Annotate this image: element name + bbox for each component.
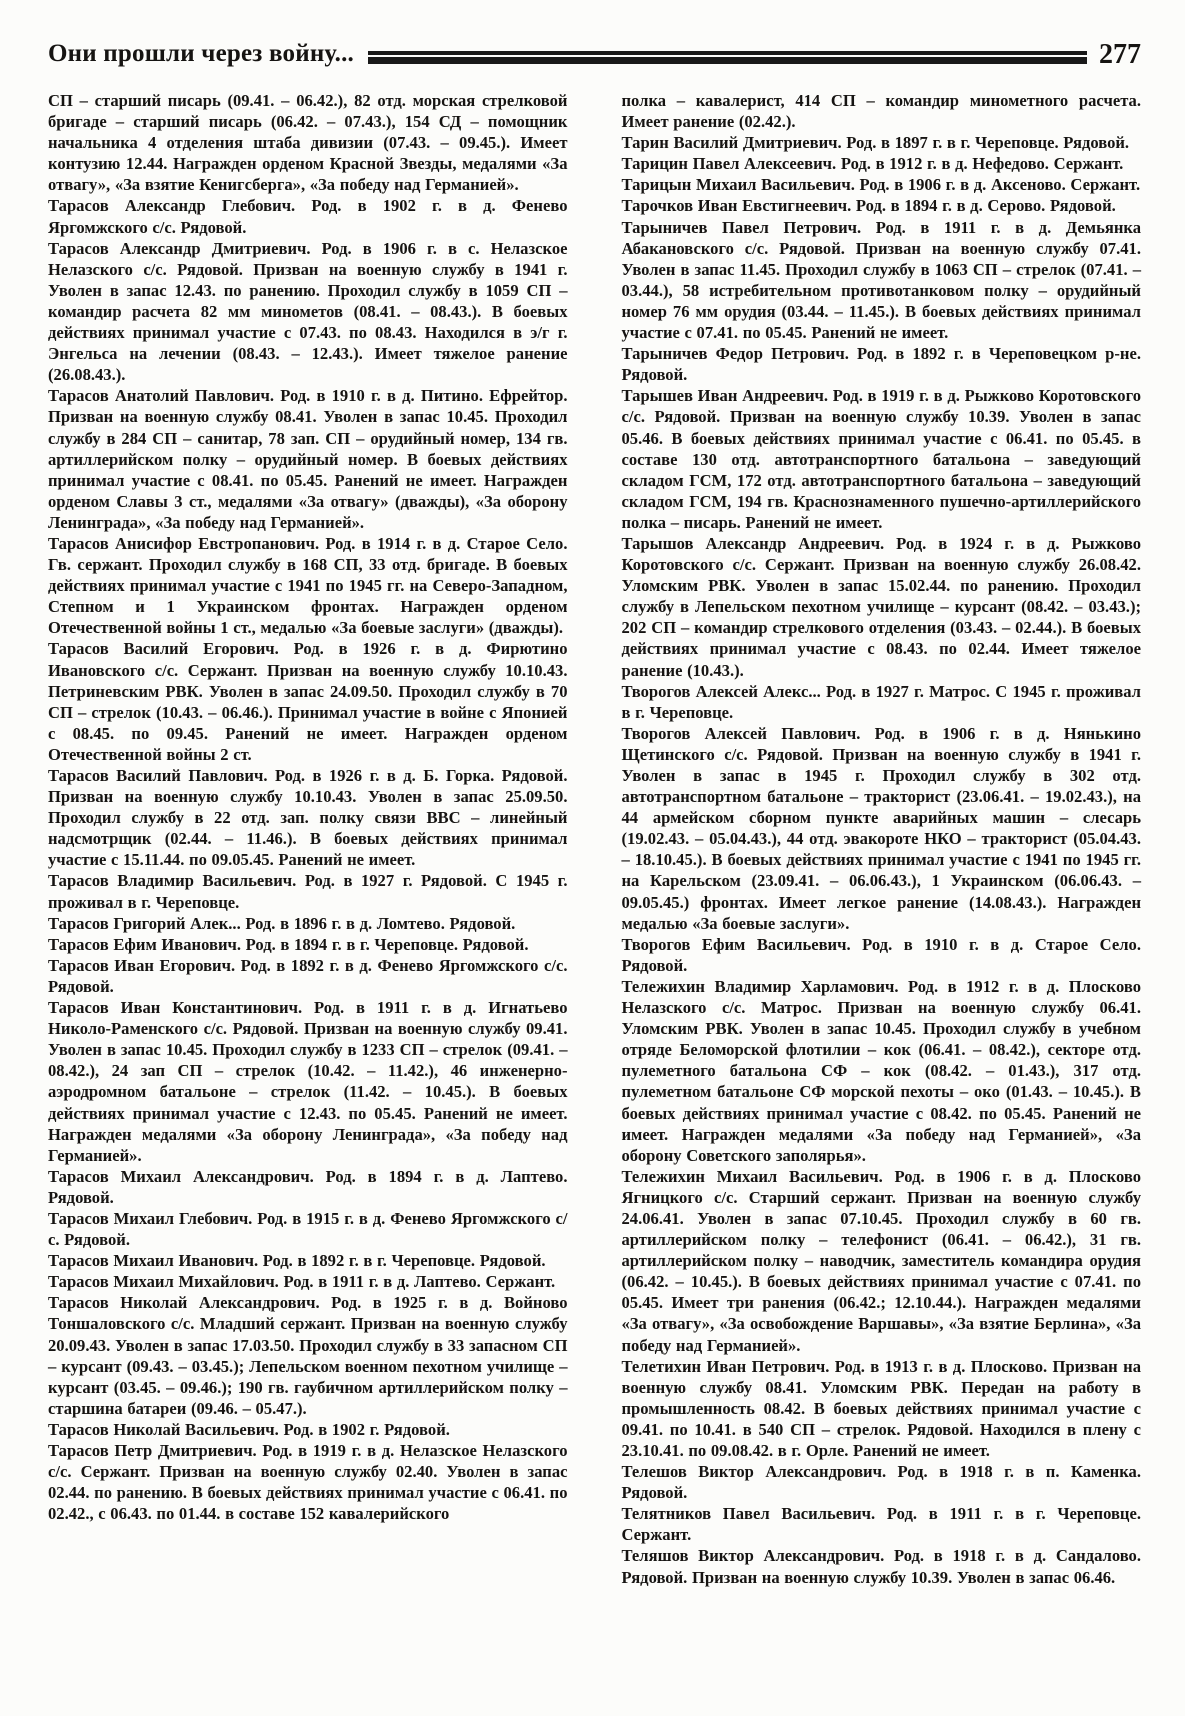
entry-paragraph: Тарасов Михаил Михайлович. Род. в 1911 г…: [48, 1271, 568, 1292]
entry-paragraph: полка – кавалерист, 414 СП – командир ми…: [622, 90, 1142, 132]
entry-paragraph: Тарыничев Федор Петрович. Род. в 1892 г.…: [622, 343, 1142, 385]
running-title: Они прошли через войну...: [48, 40, 368, 68]
entry-paragraph: Тарасов Михаил Александрович. Род. в 189…: [48, 1166, 568, 1208]
entry-paragraph: Тележихин Владимир Харламович. Род. в 19…: [622, 976, 1142, 1166]
book-page: Они прошли через войну... 277 СП – старш…: [0, 0, 1185, 1716]
entry-paragraph: Теляшов Виктор Александрович. Род. в 191…: [622, 1545, 1142, 1587]
entry-paragraph: Телятников Павел Васильевич. Род. в 1911…: [622, 1503, 1142, 1545]
entry-paragraph: Тарасов Василий Егорович. Род. в 1926 г.…: [48, 638, 568, 765]
entry-paragraph: Тарасов Григорий Алек... Род. в 1896 г. …: [48, 913, 568, 934]
entry-paragraph: Тарасов Ефим Иванович. Род. в 1894 г. в …: [48, 934, 568, 955]
entry-paragraph: Тарин Василий Дмитриевич. Род. в 1897 г.…: [622, 132, 1142, 153]
entry-paragraph: Тарасов Анисифор Евстропанович. Род. в 1…: [48, 533, 568, 638]
text-columns: СП – старший писарь (09.41. – 06.42.), 8…: [48, 90, 1141, 1588]
entry-paragraph: Тарасов Анатолий Павлович. Род. в 1910 г…: [48, 385, 568, 533]
entry-paragraph: Тарышов Александр Андреевич. Род. в 1924…: [622, 533, 1142, 681]
entry-paragraph: Телешов Виктор Александрович. Род. в 191…: [622, 1461, 1142, 1503]
entry-paragraph: Тарасов Иван Егорович. Род. в 1892 г. в …: [48, 955, 568, 997]
entry-paragraph: Творогов Ефим Васильевич. Род. в 1910 г.…: [622, 934, 1142, 976]
entry-paragraph: Тарицын Михаил Васильевич. Род. в 1906 г…: [622, 174, 1142, 195]
page-number: 277: [1087, 39, 1141, 71]
entry-paragraph: Творогов Алексей Алекс... Род. в 1927 г.…: [622, 681, 1142, 723]
entry-paragraph: СП – старший писарь (09.41. – 06.42.), 8…: [48, 90, 568, 195]
left-column: СП – старший писарь (09.41. – 06.42.), 8…: [48, 90, 568, 1588]
entry-paragraph: Тарасов Александр Дмитриевич. Род. в 190…: [48, 238, 568, 386]
entry-paragraph: Тарасов Петр Дмитриевич. Род. в 1919 г. …: [48, 1440, 568, 1524]
entry-paragraph: Тарышев Иван Андреевич. Род. в 1919 г. в…: [622, 385, 1142, 533]
entry-paragraph: Телетихин Иван Петрович. Род. в 1913 г. …: [622, 1356, 1142, 1461]
header-rule: [368, 51, 1087, 64]
entry-paragraph: Тарасов Николай Александрович. Род. в 19…: [48, 1292, 568, 1419]
entry-paragraph: Тарицин Павел Алексеевич. Род. в 1912 г.…: [622, 153, 1142, 174]
entry-paragraph: Тарасов Николай Васильевич. Род. в 1902 …: [48, 1419, 568, 1440]
page-header: Они прошли через войну... 277: [48, 34, 1141, 74]
right-column: полка – кавалерист, 414 СП – командир ми…: [622, 90, 1142, 1588]
entry-paragraph: Тарочков Иван Евстигнеевич. Род. в 1894 …: [622, 195, 1142, 216]
entry-paragraph: Тележихин Михаил Васильевич. Род. в 1906…: [622, 1166, 1142, 1356]
entry-paragraph: Тарасов Александр Глебович. Род. в 1902 …: [48, 195, 568, 237]
entry-paragraph: Тарасов Михаил Иванович. Род. в 1892 г. …: [48, 1250, 568, 1271]
entry-paragraph: Творогов Алексей Павлович. Род. в 1906 г…: [622, 723, 1142, 934]
entry-paragraph: Тарасов Михаил Глебович. Род. в 1915 г. …: [48, 1208, 568, 1250]
entry-paragraph: Тарасов Василий Павлович. Род. в 1926 г.…: [48, 765, 568, 870]
entry-paragraph: Тарасов Владимир Васильевич. Род. в 1927…: [48, 870, 568, 912]
entry-paragraph: Тарасов Иван Константинович. Род. в 1911…: [48, 997, 568, 1166]
entry-paragraph: Тарыничев Павел Петрович. Род. в 1911 г.…: [622, 217, 1142, 344]
